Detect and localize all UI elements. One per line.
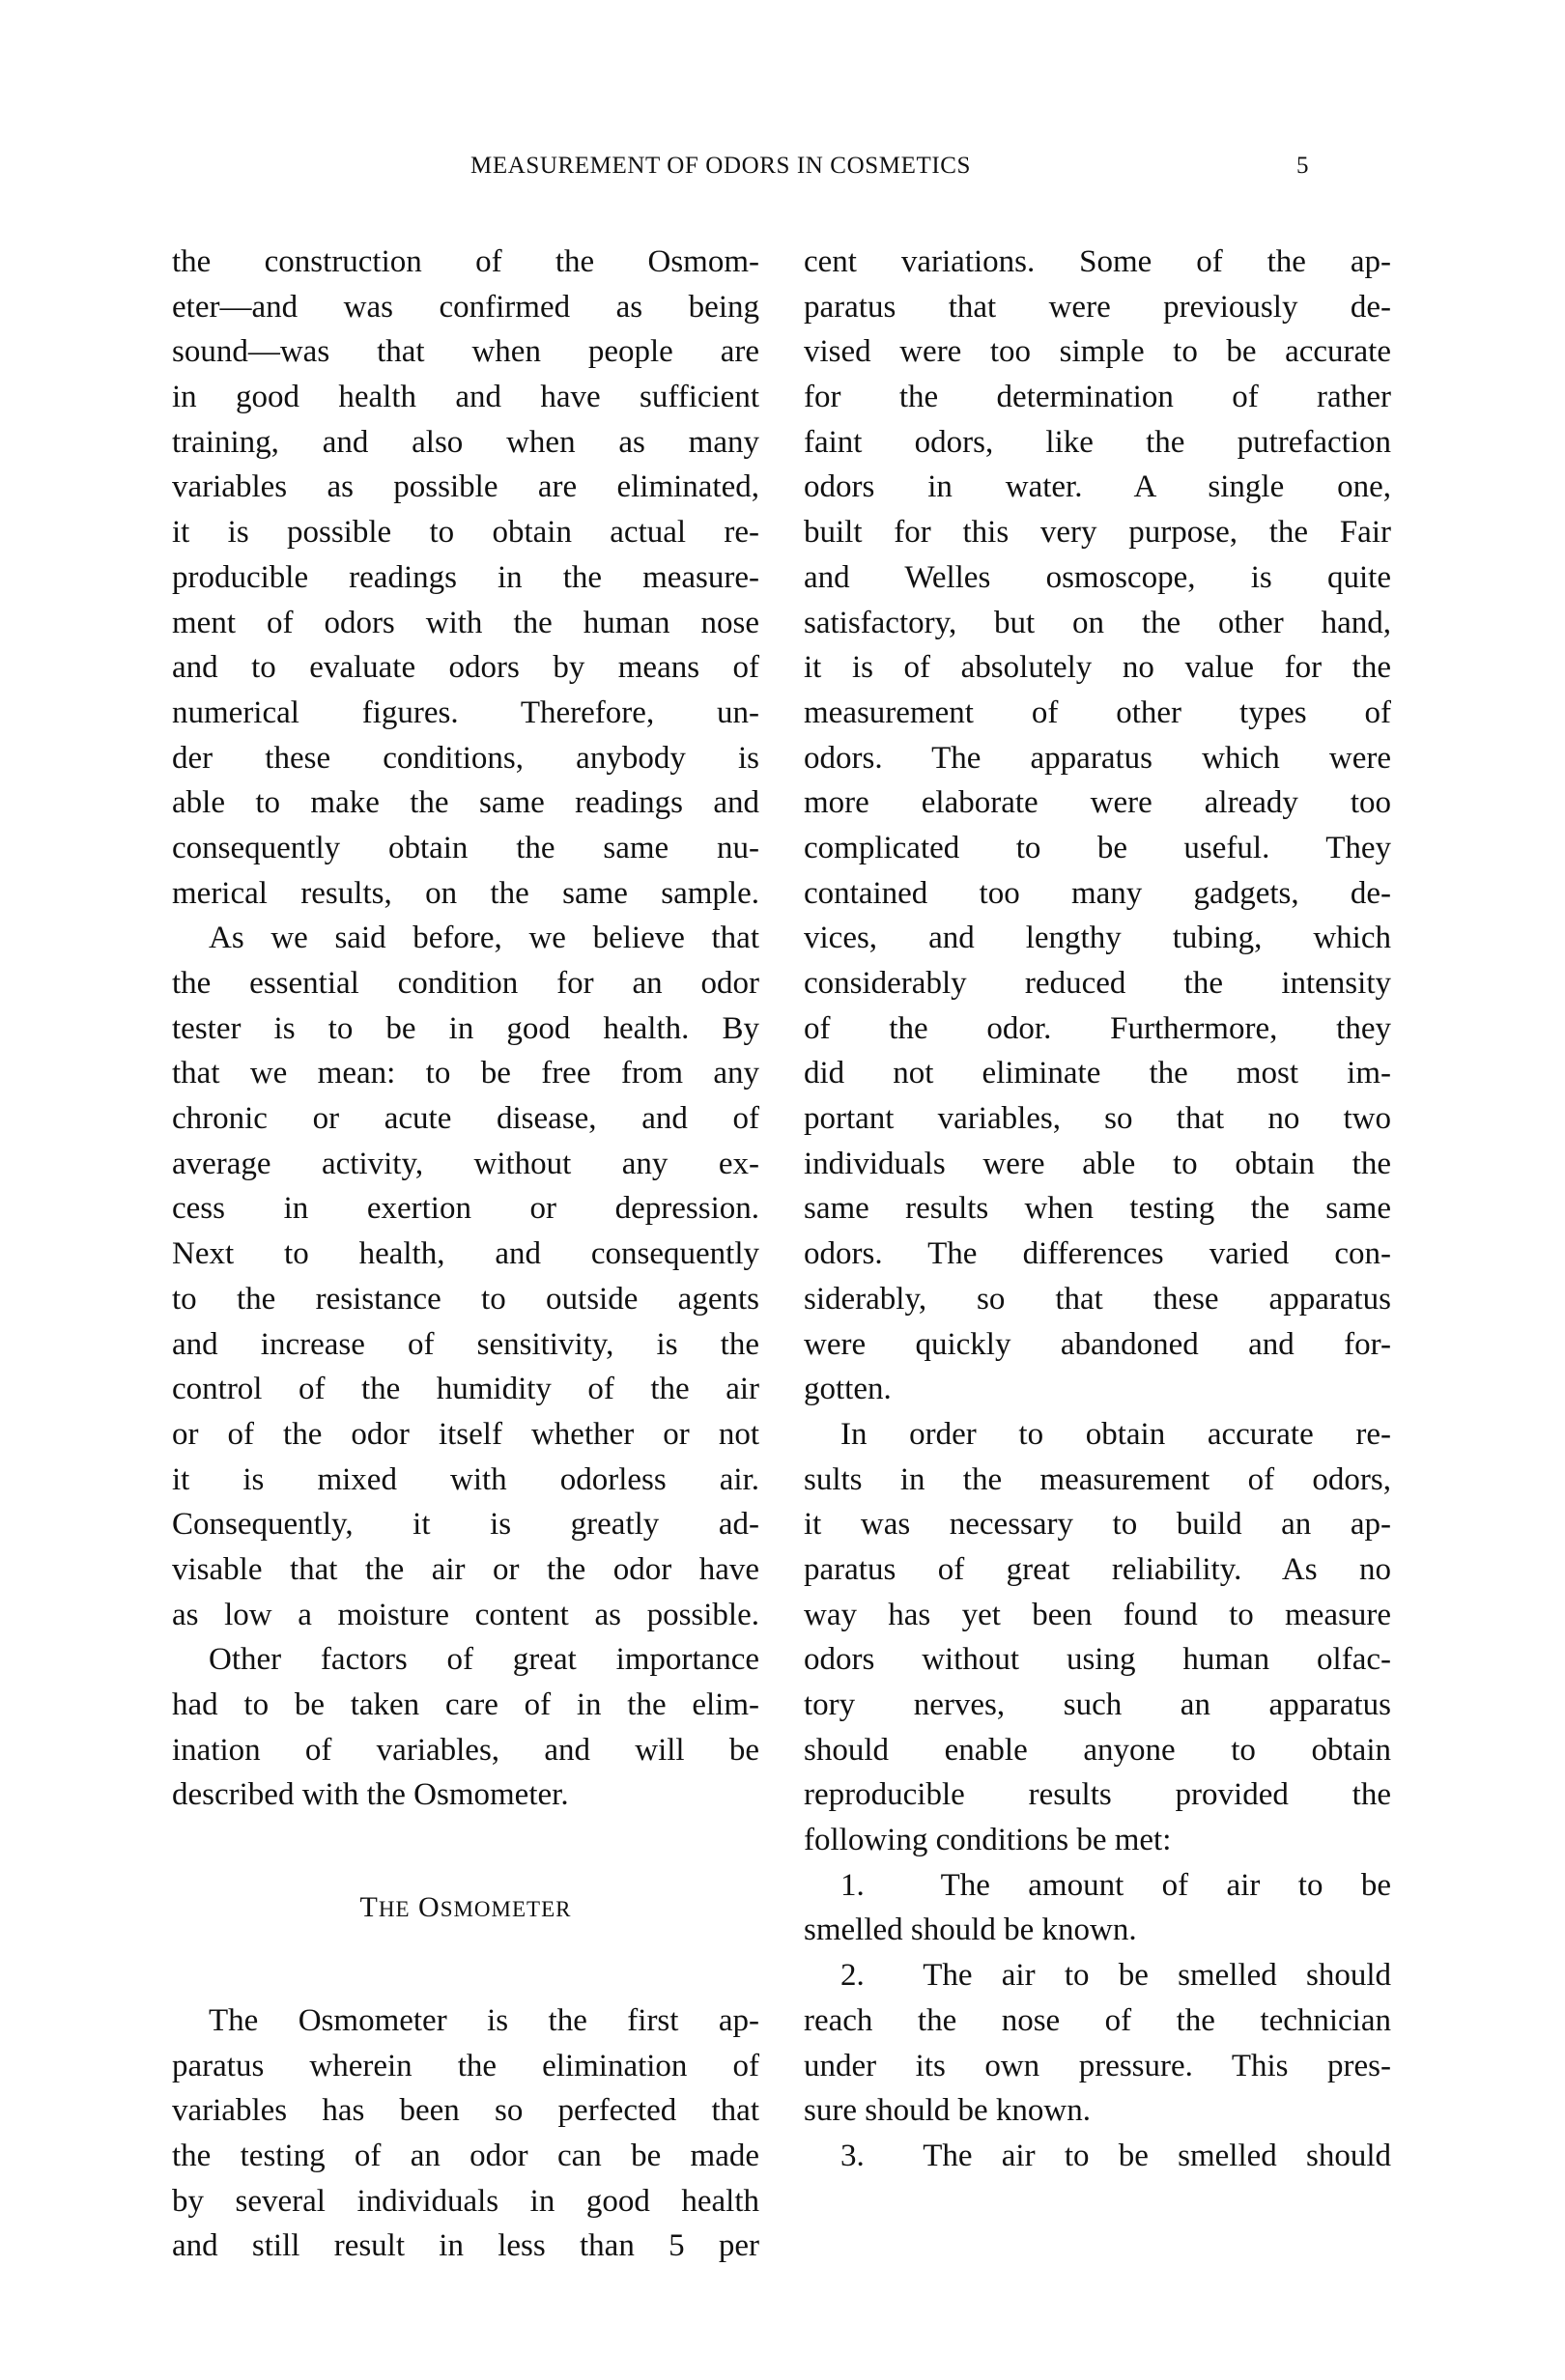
text-line: tester is to be in good health. By (172, 1006, 759, 1052)
text-line: considerably reduced the intensity (804, 961, 1391, 1006)
list-number: 3. (840, 2134, 865, 2179)
section-heading: THE OSMOMETER (172, 1885, 759, 1932)
text-line: der these conditions, anybody is (172, 736, 759, 781)
text-line: control of the humidity of the air (172, 1367, 759, 1412)
text-line: described with the Osmometer. (172, 1772, 759, 1818)
paragraph: Other factors of great importance had to… (172, 1637, 759, 1818)
text-line: vised were too simple to be accurate (804, 329, 1391, 375)
text-line: that we mean: to be free from any (172, 1051, 759, 1096)
text-line: following conditions be met: (804, 1818, 1391, 1863)
heading-initial: T (360, 1891, 379, 1923)
text-line: measurement of other types of (804, 691, 1391, 736)
text-line: odors. The differences varied con- (804, 1232, 1391, 1277)
text-line: had to be taken care of in the elim- (172, 1683, 759, 1728)
text-line: In order to obtain accurate re- (804, 1412, 1391, 1458)
text-line: the testing of an odor can be made (172, 2134, 759, 2179)
section-heading-block: THE OSMOMETER (172, 1818, 759, 1998)
text-line: by several individuals in good health (172, 2179, 759, 2224)
text-line: able to make the same readings and (172, 780, 759, 826)
text-line: visable that the air or the odor have (172, 1547, 759, 1593)
left-column: the construction of the Osmom- eter—and … (172, 240, 759, 2269)
text-line: Next to health, and consequently (172, 1232, 759, 1277)
text-line: 3. The air to be smelled should (804, 2134, 1391, 2179)
text-line: individuals were able to obtain the (804, 1142, 1391, 1187)
text-line: or of the odor itself whether or not (172, 1412, 759, 1458)
text-line: 2. The air to be smelled should (804, 1953, 1391, 1998)
text-line: the essential condition for an odor (172, 961, 759, 1006)
text-line: were quickly abandoned and for- (804, 1322, 1391, 1368)
text-line: paratus that were previously de- (804, 285, 1391, 330)
paragraph: As we said before, we believe that the e… (172, 916, 759, 1637)
list-text: The air to be smelled should (923, 1958, 1391, 1993)
text-line: it is of absolutely no value for the (804, 645, 1391, 691)
text-line: smelled should be known. (804, 1908, 1391, 1953)
text-line: odors without using human olfac- (804, 1637, 1391, 1683)
text-line: built for this very purpose, the Fair (804, 510, 1391, 555)
text-line: merical results, on the same sample. (172, 871, 759, 917)
text-line: training, and also when as many (172, 420, 759, 466)
text-line: sound—was that when people are (172, 329, 759, 375)
text-line: reproducible results provided the (804, 1772, 1391, 1818)
text-line: paratus wherein the elimination of (172, 2044, 759, 2089)
text-line: The Osmometer is the first ap- (172, 1998, 759, 2044)
text-line: variables has been so perfected that (172, 2088, 759, 2134)
text-line: satisfactory, but on the other hand, (804, 601, 1391, 646)
text-line: and to evaluate odors by means of (172, 645, 759, 691)
paragraph: In order to obtain accurate re- sults in… (804, 1412, 1391, 1863)
text-line: producible readings in the measure- (172, 555, 759, 601)
text-line: cess in exertion or depression. (172, 1186, 759, 1232)
text-line: as low a moisture content as possible. (172, 1593, 759, 1638)
text-line: should enable anyone to obtain (804, 1728, 1391, 1773)
text-line: contained too many gadgets, de- (804, 871, 1391, 917)
list-item-2: 2. The air to be smelled should reach th… (804, 1953, 1391, 2134)
text-line: it was necessary to build an ap- (804, 1502, 1391, 1547)
text-line: average activity, without any ex- (172, 1142, 759, 1187)
text-line: sure should be known. (804, 2088, 1391, 2134)
text-line: complicated to be useful. They (804, 826, 1391, 871)
text-line: As we said before, we believe that (172, 916, 759, 961)
text-line: 1. The amount of air to be (804, 1863, 1391, 1909)
heading-smallcaps: HE (379, 1897, 411, 1921)
text-line: portant variables, so that no two (804, 1096, 1391, 1142)
text-line: ination of variables, and will be (172, 1728, 759, 1773)
list-number: 1. (840, 1863, 865, 1909)
text-line: under its own pressure. This pres- (804, 2044, 1391, 2089)
heading-smallcaps: SMOMETER (441, 1897, 572, 1921)
text-line: gotten. (804, 1367, 1391, 1412)
list-item-1: 1. The amount of air to be smelled shoul… (804, 1863, 1391, 1953)
list-text: The air to be smelled should (923, 2139, 1391, 2173)
text-line: to the resistance to outside agents (172, 1277, 759, 1322)
text-line: and still result in less than 5 per (172, 2224, 759, 2269)
paragraph: the construction of the Osmom- eter—and … (172, 240, 759, 916)
text-line: of the odor. Furthermore, they (804, 1006, 1391, 1052)
text-line: and Welles osmoscope, is quite (804, 555, 1391, 601)
text-line: vices, and lengthy tubing, which (804, 916, 1391, 961)
text-line: it is possible to obtain actual re- (172, 510, 759, 555)
text-line: faint odors, like the putrefaction (804, 420, 1391, 466)
text-line: cent variations. Some of the ap- (804, 240, 1391, 285)
text-line: consequently obtain the same nu- (172, 826, 759, 871)
text-line: Other factors of great importance (172, 1637, 759, 1683)
text-line: chronic or acute disease, and of (172, 1096, 759, 1142)
text-line: siderably, so that these apparatus (804, 1277, 1391, 1322)
text-line: and increase of sensitivity, is the (172, 1322, 759, 1368)
text-line: odors in water. A single one, (804, 465, 1391, 510)
text-line: sults in the measurement of odors, (804, 1458, 1391, 1503)
text-line: it is mixed with odorless air. (172, 1458, 759, 1503)
text-line: eter—and was confirmed as being (172, 285, 759, 330)
heading-initial: O (418, 1891, 441, 1923)
text-line: for the determination of rather (804, 375, 1391, 420)
text-line: numerical figures. Therefore, un- (172, 691, 759, 736)
text-line: variables as possible are eliminated, (172, 465, 759, 510)
text-line: ment of odors with the human nose (172, 601, 759, 646)
list-number: 2. (840, 1953, 865, 1998)
running-head: MEASUREMENT OF ODORS IN COSMETICS 5 (0, 147, 1565, 185)
text-line: did not eliminate the most im- (804, 1051, 1391, 1096)
text-line: Consequently, it is greatly ad- (172, 1502, 759, 1547)
text-line: odors. The apparatus which were (804, 736, 1391, 781)
paragraph: cent variations. Some of the ap- paratus… (804, 240, 1391, 1412)
text-line: tory nerves, such an apparatus (804, 1683, 1391, 1728)
text-line: more elaborate were already too (804, 780, 1391, 826)
page-number: 5 (1296, 147, 1309, 185)
text-line: same results when testing the same (804, 1186, 1391, 1232)
text-line: in good health and have sufficient (172, 375, 759, 420)
text-line: reach the nose of the technician (804, 1998, 1391, 2044)
list-text: The amount of air to be (941, 1868, 1391, 1903)
text-line: paratus of great reliability. As no (804, 1547, 1391, 1593)
text-line: the construction of the Osmom- (172, 240, 759, 285)
running-title: MEASUREMENT OF ODORS IN COSMETICS (470, 147, 971, 185)
list-item-3: 3. The air to be smelled should (804, 2134, 1391, 2179)
text-line: way has yet been found to measure (804, 1593, 1391, 1638)
right-column: cent variations. Some of the ap- paratus… (804, 240, 1391, 2179)
paragraph: The Osmometer is the first ap- paratus w… (172, 1998, 759, 2269)
